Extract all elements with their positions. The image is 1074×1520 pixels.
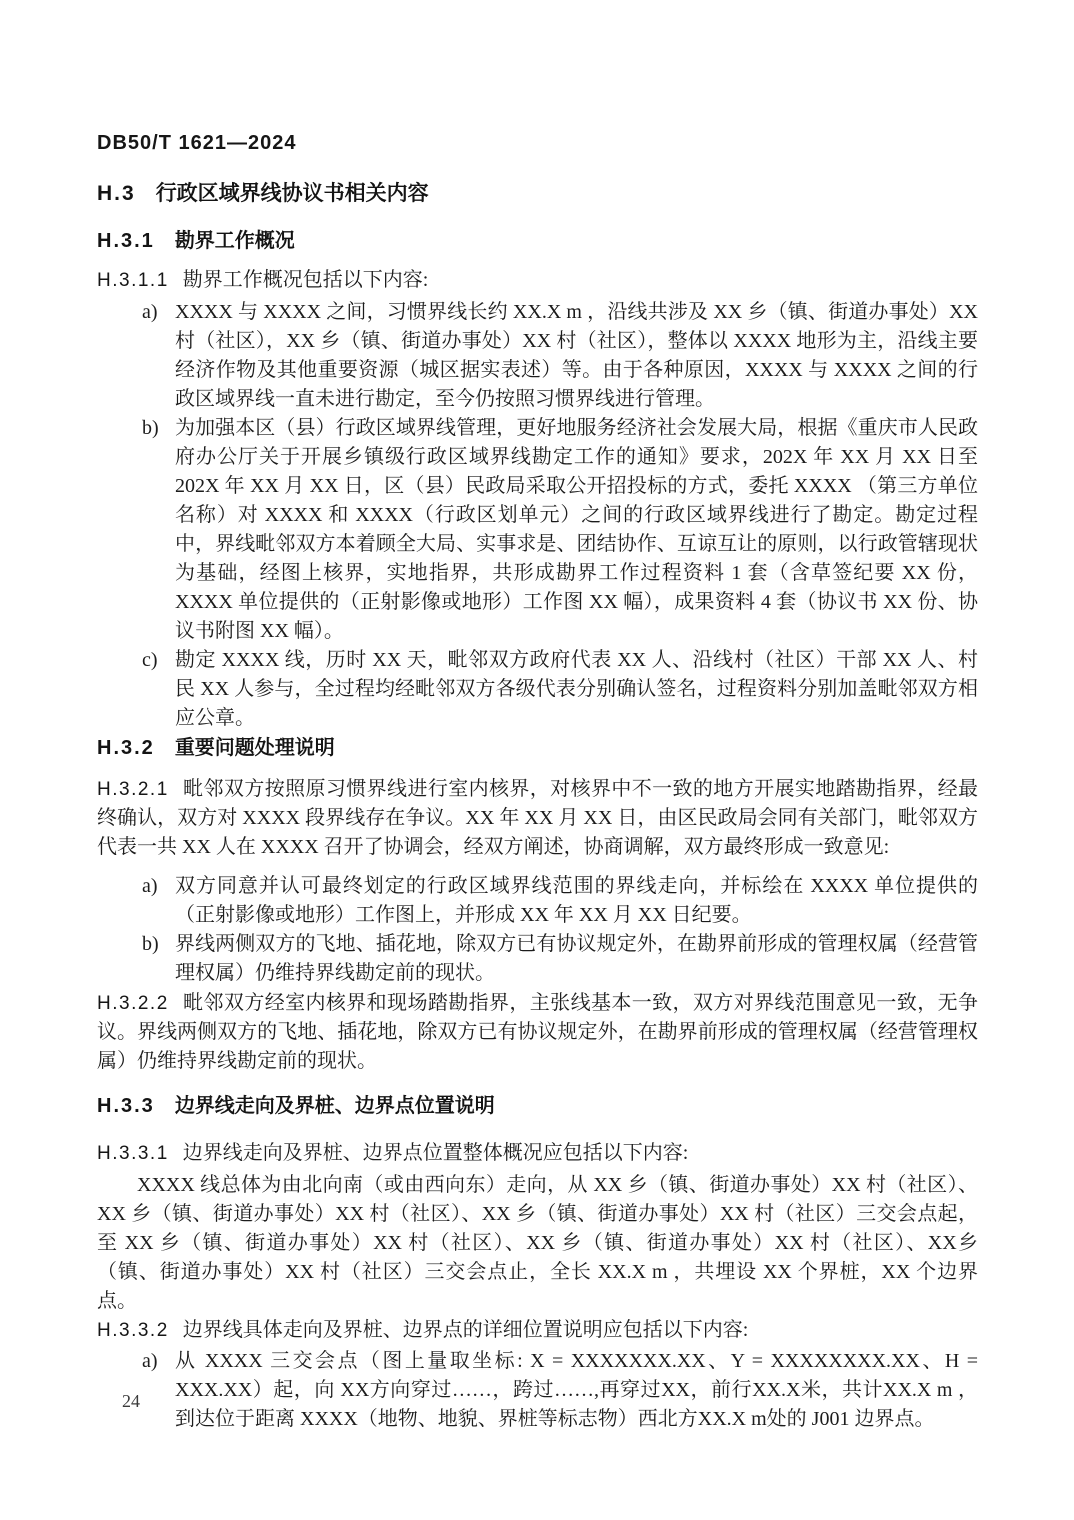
list-item-text: 勘定 XXXX 线，历时 XX 天，毗邻双方政府代表 XX 人、沿线村（社区）干…	[175, 646, 978, 733]
list-item-text: 双方同意并认可最终划定的行政区域界线范围的界线走向，并标绘在 XXXX 单位提供…	[175, 872, 978, 930]
list-item-text: 从 XXXX 三交会点（图上量取坐标: X = XXXXXXX.XX、Y = X…	[175, 1347, 978, 1434]
heading-h3-3-title: 边界线走向及界桩、边界点位置说明	[175, 1095, 495, 1117]
list-item-label: b)	[142, 930, 175, 988]
clause-h3-1-1-text: 勘界工作概况包括以下内容:	[183, 269, 429, 291]
clause-h3-3-2: H.3.3.2边界线具体走向及界桩、边界点的详细位置说明应包括以下内容:	[97, 1316, 978, 1345]
paragraph-h3-2-2: H.3.2.2毗邻双方经室内核界和现场踏勘指界，主张线基本一致，双方对界线范围意…	[97, 989, 978, 1076]
clause-h3-3-1-text: 边界线走向及界桩、边界点位置整体概况应包括以下内容:	[183, 1142, 689, 1164]
list-item-label: b)	[142, 414, 175, 646]
list-item: a) XXXX 与 XXXX 之间，习惯界线长约 XX.X m ，沿线共涉及 X…	[97, 298, 978, 414]
heading-h3-1-title: 勘界工作概况	[175, 230, 295, 252]
doc-number: DB50/T 1621—2024	[97, 131, 978, 155]
list-h3-3-2: a) 从 XXXX 三交会点（图上量取坐标: X = XXXXXXX.XX、Y …	[97, 1347, 978, 1434]
list-item: c) 勘定 XXXX 线，历时 XX 天，毗邻双方政府代表 XX 人、沿线村（社…	[97, 646, 978, 733]
list-item-label: c)	[142, 646, 175, 733]
heading-h3-number: H.3	[97, 182, 136, 205]
clause-h3-2-1-number: H.3.2.1	[97, 779, 169, 800]
list-item: a) 双方同意并认可最终划定的行政区域界线范围的界线走向，并标绘在 XXXX 单…	[97, 872, 978, 930]
clause-h3-1-1: H.3.1.1勘界工作概况包括以下内容:	[97, 266, 978, 295]
heading-h3-1-number: H.3.1	[97, 230, 155, 252]
heading-h3-2-title: 重要问题处理说明	[175, 737, 335, 759]
list-item: b) 为加强本区（县）行政区域界线管理，更好地服务经济社会发展大局，根据《重庆市…	[97, 414, 978, 646]
paragraph-h3-2-1-text: 毗邻双方按照原习惯界线进行室内核界，对核界中不一致的地方开展实地踏勘指界，经最终…	[97, 778, 978, 858]
list-item-label: a)	[142, 872, 175, 930]
list-item: b) 界线两侧双方的飞地、插花地，除双方已有协议规定外，在勘界前形成的管理权属（…	[97, 930, 978, 988]
list-h3-2-1: a) 双方同意并认可最终划定的行政区域界线范围的界线走向，并标绘在 XXXX 单…	[97, 872, 978, 988]
clause-h3-3-1-number: H.3.3.1	[97, 1143, 169, 1164]
heading-h3: H.3行政区域界线协议书相关内容	[97, 180, 978, 207]
list-h3-1-1: a) XXXX 与 XXXX 之间，习惯界线长约 XX.X m ，沿线共涉及 X…	[97, 298, 978, 733]
list-item-text: XXXX 与 XXXX 之间，习惯界线长约 XX.X m ，沿线共涉及 XX 乡…	[175, 298, 978, 414]
heading-h3-title: 行政区域界线协议书相关内容	[156, 182, 429, 205]
list-item-text: 界线两侧双方的飞地、插花地，除双方已有协议规定外，在勘界前形成的管理权属（经营管…	[175, 930, 978, 988]
heading-h3-3-number: H.3.3	[97, 1095, 155, 1117]
clause-h3-3-1: H.3.3.1边界线走向及界桩、边界点位置整体概况应包括以下内容:	[97, 1139, 978, 1168]
clause-h3-3-2-number: H.3.3.2	[97, 1320, 169, 1341]
heading-h3-2-number: H.3.2	[97, 737, 155, 759]
clause-h3-3-2-text: 边界线具体走向及界桩、边界点的详细位置说明应包括以下内容:	[183, 1319, 749, 1341]
paragraph-h3-3-1: XXXX 线总体为由北向南（或由西向东）走向，从 XX 乡（镇、街道办事处）XX…	[97, 1171, 978, 1316]
paragraph-h3-2-2-text: 毗邻双方经室内核界和现场踏勘指界，主张线基本一致，双方对界线范围意见一致，无争议…	[97, 992, 978, 1072]
list-item-text: 为加强本区（县）行政区域界线管理，更好地服务经济社会发展大局，根据《重庆市人民政…	[175, 414, 978, 646]
page-number: 24	[122, 1391, 140, 1412]
clause-h3-2-2-number: H.3.2.2	[97, 993, 169, 1014]
heading-h3-1: H.3.1勘界工作概况	[97, 228, 978, 254]
document-page: DB50/T 1621—2024 H.3行政区域界线协议书相关内容 H.3.1勘…	[0, 0, 1074, 1520]
list-item: a) 从 XXXX 三交会点（图上量取坐标: X = XXXXXXX.XX、Y …	[97, 1347, 978, 1434]
list-item-label: a)	[142, 298, 175, 414]
document-content: DB50/T 1621—2024 H.3行政区域界线协议书相关内容 H.3.1勘…	[97, 0, 978, 1434]
list-item-label: a)	[142, 1347, 175, 1434]
paragraph-h3-2-1: H.3.2.1毗邻双方按照原习惯界线进行室内核界，对核界中不一致的地方开展实地踏…	[97, 775, 978, 862]
heading-h3-3: H.3.3边界线走向及界桩、边界点位置说明	[97, 1093, 978, 1119]
clause-h3-1-1-number: H.3.1.1	[97, 270, 169, 291]
heading-h3-2: H.3.2重要问题处理说明	[97, 735, 978, 761]
